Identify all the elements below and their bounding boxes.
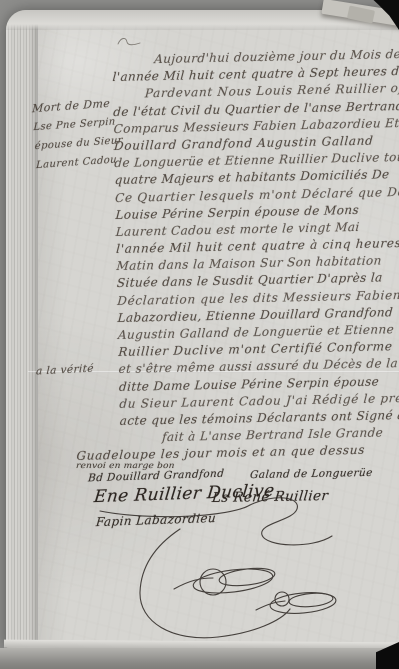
scanned-register-photo: Mort de Dme Lse Pne Serpin épouse du Sie… (0, 0, 399, 669)
table-below-page (0, 648, 399, 669)
act-body-text: Aujourd'hui douzième jour du Mois de Sep… (112, 44, 399, 464)
signature-galand-de-longuerue: Galand de Longuerüe (249, 467, 373, 481)
signature-officer-rene-ruillier: Ls René Ruillier (211, 488, 329, 506)
